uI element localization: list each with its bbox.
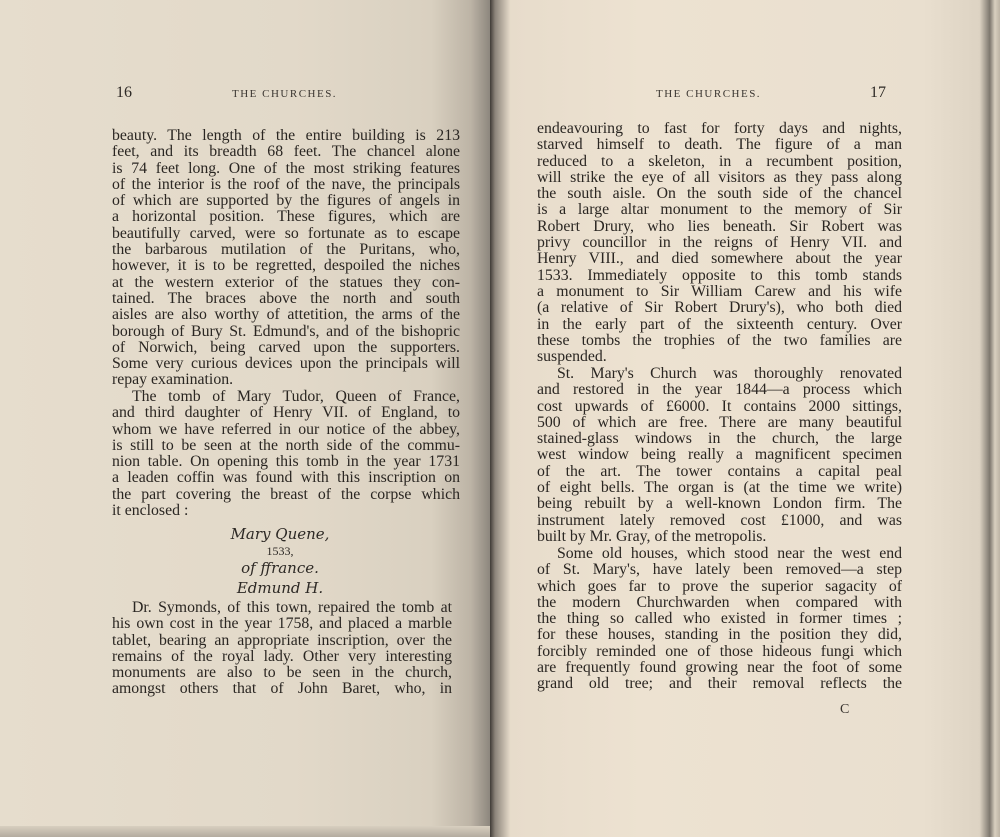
text-line: borough of Bury St. Edmund's, and of the…: [112, 324, 460, 340]
text-line: of the interior is the roof of the nave,…: [112, 177, 460, 193]
text-line: in the early part of the sixteenth centu…: [537, 317, 902, 333]
left-paragraph-3: Dr. Symonds, of this town, repaired the …: [112, 600, 452, 698]
inscription-line-1: Mary Quene,: [200, 524, 360, 544]
text-line: of the art. The tower contains a capital…: [537, 464, 902, 480]
text-line: nion table. On opening this tomb in the …: [112, 454, 460, 470]
text-line: his own cost in the year 1758, and place…: [112, 616, 452, 632]
left-paragraph-2: The tomb of Mary Tudor, Queen of France,…: [112, 389, 460, 519]
text-line: for these houses, standing in the positi…: [537, 627, 902, 643]
text-line: which goes far to prove the superior sag…: [537, 579, 902, 595]
right-paragraph-2: St. Mary's Church was thoroughly renovat…: [537, 366, 902, 545]
text-line: of St. Mary's, have lately been removed—…: [537, 562, 902, 578]
text-line: at the western exterior of the statues t…: [112, 275, 460, 291]
text-line: whom we have referred in our notice of t…: [112, 422, 460, 438]
running-head-right: THE CHURCHES.: [656, 88, 761, 100]
text-line: built by Mr. Gray, of the metropolis.: [537, 529, 902, 545]
text-line: being rebuilt by a well-known London fir…: [537, 496, 902, 512]
signature-mark: C: [840, 702, 849, 718]
text-line: St. Mary's Church was thoroughly renovat…: [537, 366, 902, 382]
text-line: Some old houses, which stood near the we…: [537, 546, 902, 562]
text-line: suspended.: [537, 349, 902, 365]
text-line: will strike the eye of all visitors as t…: [537, 170, 902, 186]
text-line: 1533. Immediately opposite to this tomb …: [537, 268, 902, 284]
text-line: and restored in the year 1844—a process …: [537, 382, 902, 398]
text-line: amongst others that of John Baret, who, …: [112, 681, 452, 697]
text-line: reduced to a skeleton, in a recumbent po…: [537, 154, 902, 170]
text-line: cost upwards of £6000. It contains 2000 …: [537, 399, 902, 415]
text-line: however, it is to be regretted, despoile…: [112, 258, 460, 274]
text-line: tained. The braces above the north and s…: [112, 291, 460, 307]
text-line: is a large altar monument to the memory …: [537, 202, 902, 218]
text-line: of Norwich, being carved upon the suppor…: [112, 340, 460, 356]
book-spread: 16 THE CHURCHES. beauty. The length of t…: [0, 0, 1000, 837]
text-line: are frequently found growing near the fo…: [537, 660, 902, 676]
text-line: endeavouring to fast for forty days and …: [537, 121, 902, 137]
text-line: the part covering the breast of the corp…: [112, 487, 460, 503]
text-line: Robert Drury, who lies beneath. Sir Robe…: [537, 219, 902, 235]
text-line: feet, and its breadth 68 feet. The chanc…: [112, 144, 460, 160]
text-line: is 74 feet long. One of the most strikin…: [112, 161, 460, 177]
text-line: the modern Churchwarden when compared wi…: [537, 595, 902, 611]
text-line: Dr. Symonds, of this town, repaired the …: [112, 600, 452, 616]
text-line: the barbarous mutilation of the Puritans…: [112, 242, 460, 258]
text-line: tablet, bearing an appropriate inscripti…: [112, 633, 452, 649]
coffin-inscription: Mary Quene, 1533, of ffrance. Edmund H.: [200, 524, 360, 598]
text-line: starved himself to death. The figure of …: [537, 137, 902, 153]
text-line: of which are supported by the figures of…: [112, 193, 460, 209]
text-line: monuments are also to be seen in the chu…: [112, 665, 452, 681]
text-line: The tomb of Mary Tudor, Queen of France,: [112, 389, 460, 405]
text-line: the south aisle. On the south side of th…: [537, 186, 902, 202]
right-paragraph-1: endeavouring to fast for forty days and …: [537, 121, 902, 365]
text-line: aisles are also worthy of attetition, th…: [112, 307, 460, 323]
text-line: is still to be seen at the north side of…: [112, 438, 460, 454]
text-line: Henry VIII., and died somewhere about th…: [537, 251, 902, 267]
inscription-line-3: of ffrance.: [200, 558, 360, 578]
text-line: it enclosed :: [112, 503, 460, 519]
text-line: of eight bells. The organ is (at the tim…: [537, 480, 902, 496]
text-line: repay examination.: [112, 372, 460, 388]
text-line: the thing so called who existed in forme…: [537, 611, 902, 627]
text-line: instrument lately removed cost £1000, an…: [537, 513, 902, 529]
text-line: 500 of which are free. There are many be…: [537, 415, 902, 431]
text-line: beauty. The length of the entire buildin…: [112, 128, 460, 144]
text-line: a leaden coffin was found with this insc…: [112, 470, 460, 486]
text-line: (a relative of Sir Robert Drury's), who …: [537, 300, 902, 316]
inscription-year: 1533,: [200, 544, 360, 558]
text-line: a horizontal position. These figures, wh…: [112, 209, 460, 225]
text-line: stained-glass windows in the church, the…: [537, 431, 902, 447]
left-paragraph-1: beauty. The length of the entire buildin…: [112, 128, 460, 389]
right-page: THE CHURCHES. 17 endeavouring to fast fo…: [490, 0, 1000, 837]
left-page: 16 THE CHURCHES. beauty. The length of t…: [0, 0, 490, 837]
text-line: forcibly reminded one of those hideous f…: [537, 644, 902, 660]
left-page-bottom-edge: [0, 826, 490, 837]
text-line: beautifully carved, were so fortunate as…: [112, 226, 460, 242]
text-line: Some very curious devices upon the princ…: [112, 356, 460, 372]
text-line: privy councillor in the reigns of Henry …: [537, 235, 902, 251]
text-line: and third daughter of Henry VII. of Engl…: [112, 405, 460, 421]
text-line: remains of the royal lady. Other very in…: [112, 649, 452, 665]
inscription-line-4: Edmund H.: [200, 578, 360, 598]
page-number-left: 16: [116, 84, 132, 102]
text-line: west window being really a magnificent s…: [537, 447, 902, 463]
text-line: these tombs the trophies of the two fami…: [537, 333, 902, 349]
right-paragraph-3: Some old houses, which stood near the we…: [537, 546, 902, 693]
running-head-left: THE CHURCHES.: [232, 88, 337, 100]
text-line: a monument to Sir William Carew and his …: [537, 284, 902, 300]
page-number-right: 17: [870, 84, 886, 102]
text-line: grand old tree; and their removal reflec…: [537, 676, 902, 692]
